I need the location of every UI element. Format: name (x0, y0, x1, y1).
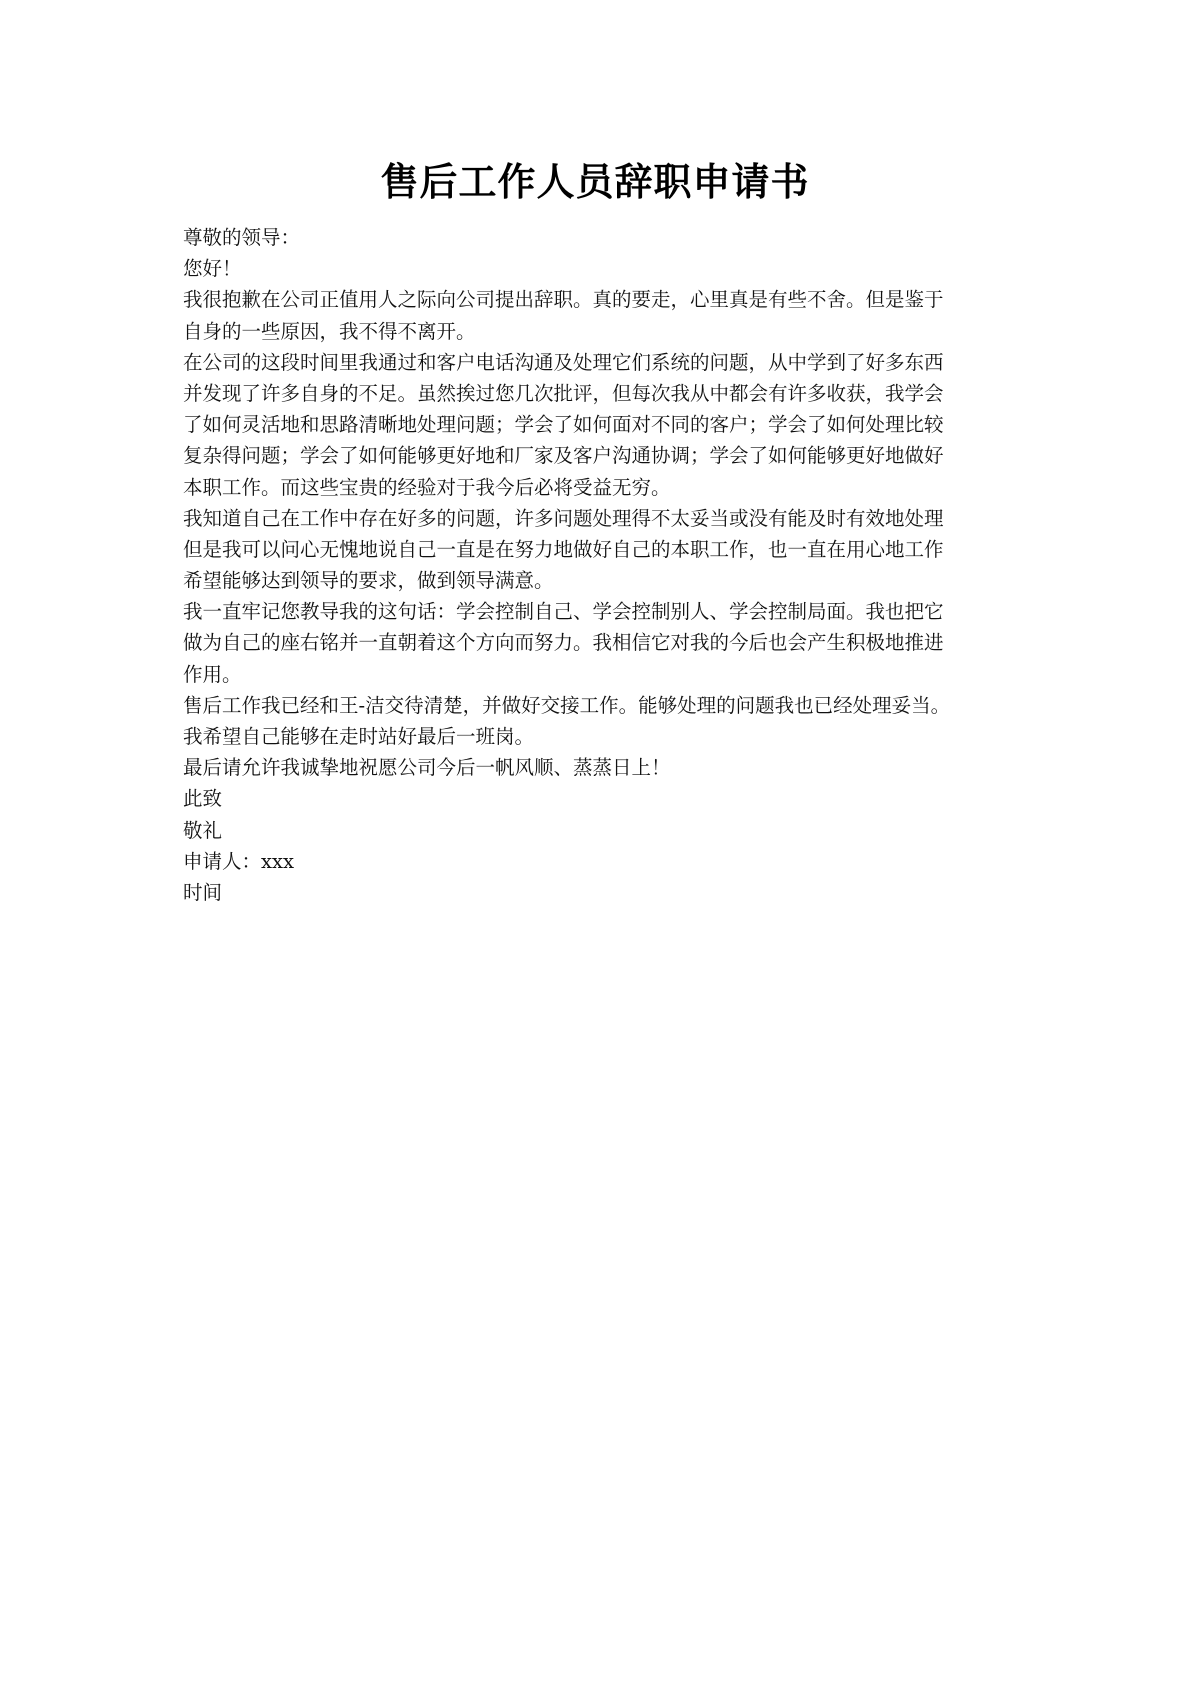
paragraph-line: 并发现了许多自身的不足。虽然挨过您几次批评，但每次我从中都会有许多收获，我学会 (183, 378, 1023, 409)
paragraph-line: 做为自己的座右铭并一直朝着这个方向而努力。我相信它对我的今后也会产生积极地推进 (183, 627, 1023, 658)
closing-regards: 敬礼 (183, 815, 1023, 846)
applicant-signature: 申请人：xxx (183, 846, 1023, 877)
paragraph-line: 自身的一些原因，我不得不离开。 (183, 316, 1023, 347)
paragraph-line: 售后工作我已经和王-洁交待清楚，并做好交接工作。能够处理的问题我也已经处理妥当。 (183, 690, 1023, 721)
document-page: 售后工作人员辞职申请书 尊敬的领导： 您好！ 我很抱歉在公司正值用人之际向公司提… (0, 0, 1190, 1683)
paragraph-line: 希望能够达到领导的要求，做到领导满意。 (183, 565, 1023, 596)
paragraph-line: 了如何灵活地和思路清晰地处理问题；学会了如何面对不同的客户；学会了如何处理比较 (183, 409, 1023, 440)
salutation: 尊敬的领导： (183, 222, 1023, 253)
paragraph-line: 但是我可以问心无愧地说自己一直是在努力地做好自己的本职工作，也一直在用心地工作 (183, 534, 1023, 565)
paragraph-line: 我希望自己能够在走时站好最后一班岗。 (183, 721, 1023, 752)
paragraph-line: 在公司的这段时间里我通过和客户电话沟通及处理它们系统的问题，从中学到了好多东西 (183, 347, 1023, 378)
paragraph-line: 复杂得问题；学会了如何能够更好地和厂家及客户沟通协调；学会了如何能够更好地做好 (183, 440, 1023, 471)
paragraph-line: 作用。 (183, 659, 1023, 690)
greeting: 您好！ (183, 253, 1023, 284)
closing-line: 此致 (183, 783, 1023, 814)
paragraph-line: 本职工作。而这些宝贵的经验对于我今后必将受益无穷。 (183, 472, 1023, 503)
paragraph-line: 我知道自己在工作中存在好多的问题，许多问题处理得不太妥当或没有能及时有效地处理 (183, 503, 1023, 534)
paragraph-line: 最后请允许我诚挚地祝愿公司今后一帆风顺、蒸蒸日上！ (183, 752, 1023, 783)
document-body: 尊敬的领导： 您好！ 我很抱歉在公司正值用人之际向公司提出辞职。真的要走，心里真… (183, 222, 1023, 908)
document-title: 售后工作人员辞职申请书 (0, 160, 1190, 204)
date-line: 时间 (183, 877, 1023, 908)
paragraph-line: 我一直牢记您教导我的这句话：学会控制自己、学会控制别人、学会控制局面。我也把它 (183, 596, 1023, 627)
paragraph-line: 我很抱歉在公司正值用人之际向公司提出辞职。真的要走，心里真是有些不舍。但是鉴于 (183, 284, 1023, 315)
